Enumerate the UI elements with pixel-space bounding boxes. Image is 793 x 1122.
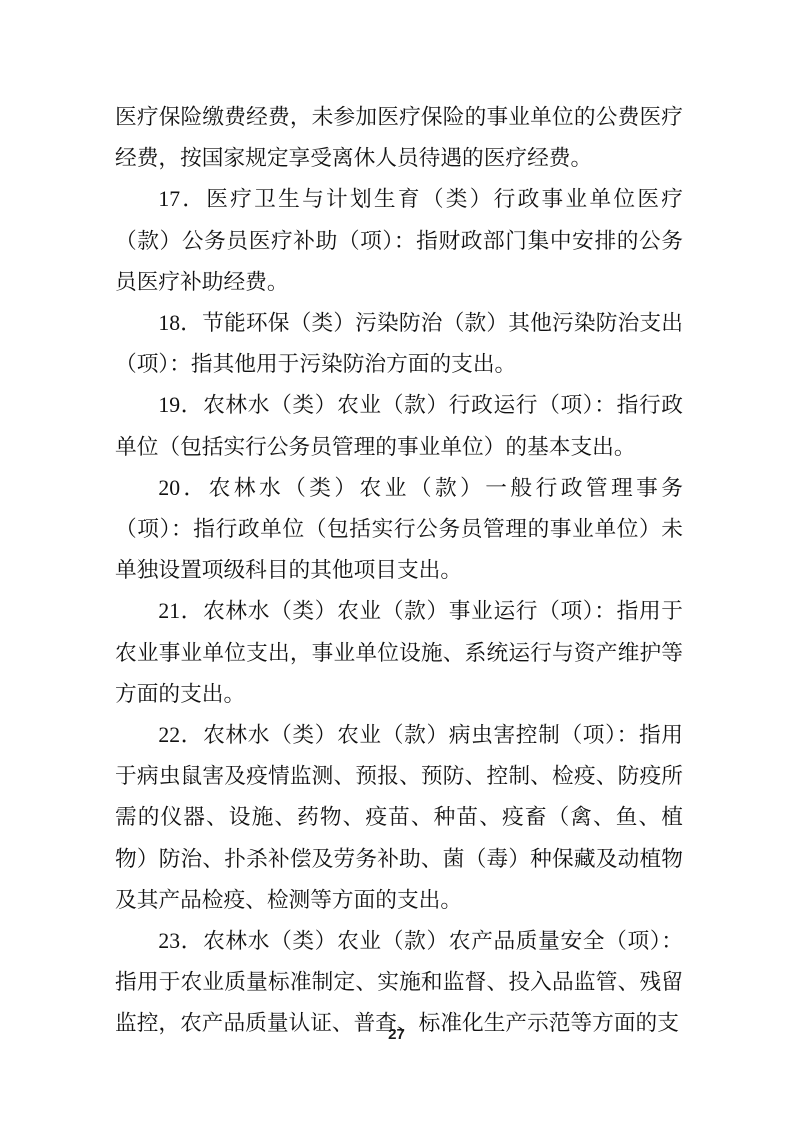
paragraph-item-20: 20．农林水（类）农业（款）一般行政管理事务（项）：指行政单位（包括实行公务员管… <box>115 468 683 592</box>
document-body: 医疗保险缴费经费，未参加医疗保险的事业单位的公费医疗经费，按国家规定享受离休人员… <box>115 97 683 1045</box>
page-number: 27 <box>0 1026 793 1043</box>
paragraph-item-22: 22．农林水（类）农业（款）病虫害控制（项）：指用于病虫鼠害及疫情监测、预报、预… <box>115 715 683 921</box>
paragraph-item-21: 21．农林水（类）农业（款）事业运行（项）：指用于农业事业单位支出，事业单位设施… <box>115 591 683 715</box>
paragraph-continuation: 医疗保险缴费经费，未参加医疗保险的事业单位的公费医疗经费，按国家规定享受离休人员… <box>115 97 683 179</box>
paragraph-item-18: 18．节能环保（类）污染防治（款）其他污染防治支出（项）：指其他用于污染防治方面… <box>115 303 683 385</box>
document-page: 医疗保险缴费经费，未参加医疗保险的事业单位的公费医疗经费，按国家规定享受离休人员… <box>0 0 793 1122</box>
paragraph-item-19: 19．农林水（类）农业（款）行政运行（项）：指行政单位（包括实行公务员管理的事业… <box>115 385 683 467</box>
paragraph-item-17: 17．医疗卫生与计划生育（类）行政事业单位医疗（款）公务员医疗补助（项）：指财政… <box>115 179 683 303</box>
